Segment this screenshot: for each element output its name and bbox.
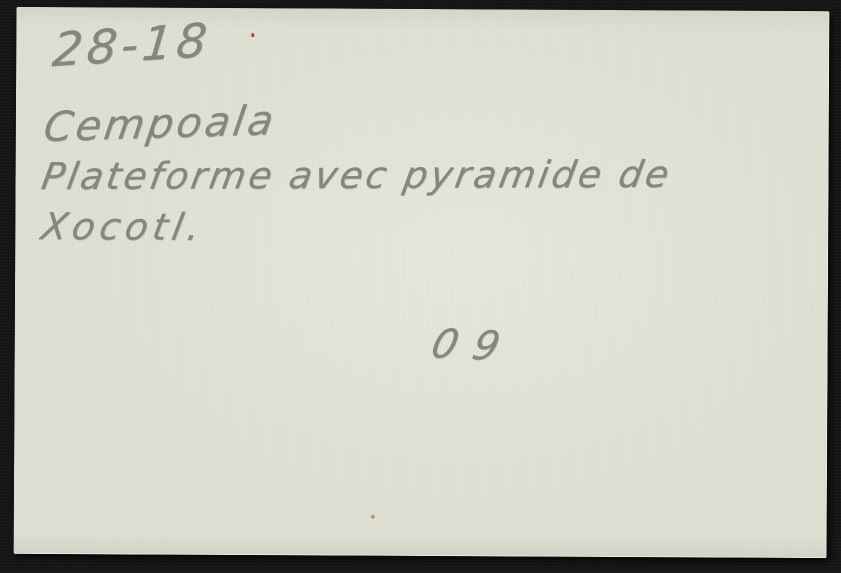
scan-background: 28-18 Cempoala Plateforme avec pyramide … — [0, 0, 841, 573]
foxing-spot — [371, 515, 375, 519]
center-number-mark: 09 — [427, 321, 521, 370]
site-name: Cempoala — [41, 96, 280, 151]
inventory-number: 28-18 — [50, 13, 213, 78]
index-card: 28-18 Cempoala Plateforme avec pyramide … — [14, 7, 830, 558]
red-ink-speck — [251, 33, 254, 37]
description-line-1: Plateforme avec pyramide de — [38, 153, 675, 198]
description-line-2: Xocotl. — [38, 205, 208, 249]
